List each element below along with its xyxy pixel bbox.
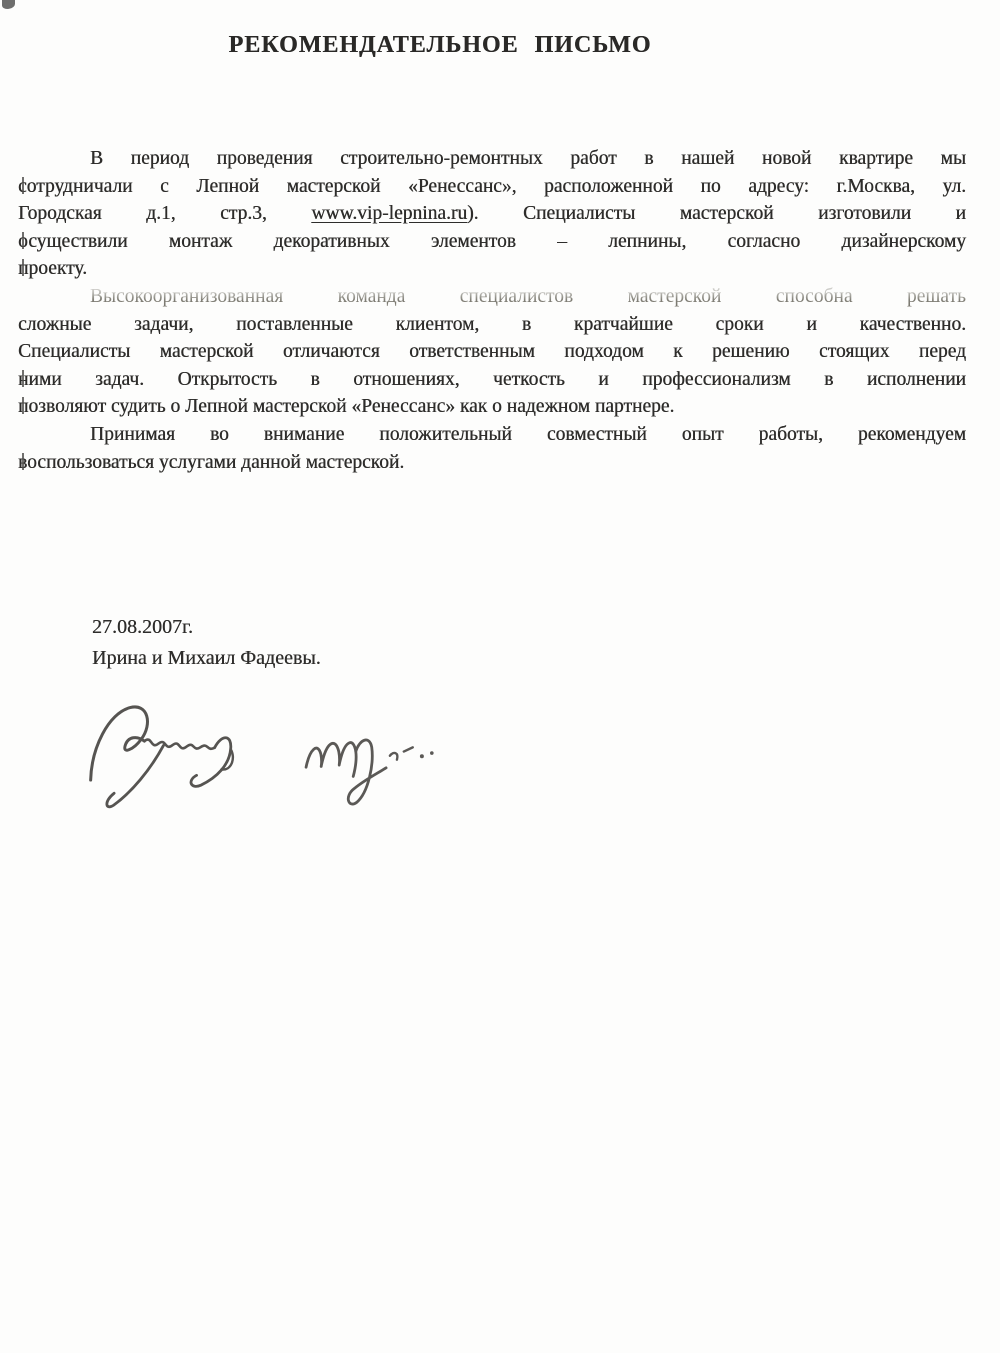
letter-body: В период проведения строительно-ремонтны…: [18, 145, 966, 476]
paragraph1-line4: осуществили монтаж декоративных элементо…: [18, 228, 966, 256]
paragraph2-line2: сложные задачи, поставленные клиентом, в…: [18, 311, 966, 339]
letter-date: 27.08.2007г.: [92, 612, 321, 643]
scan-artifact: [2, 0, 15, 9]
signature-block: 27.08.2007г. Ирина и Михаил Фадеевы.: [92, 612, 321, 674]
paragraph2-line4: ними задач. Открытость в отношениях, чет…: [18, 366, 966, 394]
paragraph2-line1-faded: Высокоорганизованная команда специалисто…: [18, 283, 966, 311]
paragraph2-line5: позволяют судить о Лепной мастерской «Ре…: [18, 393, 966, 421]
paragraph1-line2: сотрудничали с Лепной мастерской «Ренесс…: [18, 173, 966, 201]
paragraph1-line3: Городская д.1, стр.3, www.vip-lepnina.ru…: [18, 200, 966, 228]
handwritten-signature-1: [80, 692, 274, 829]
paragraph2-line3: Специалисты мастерской отличаются ответс…: [18, 338, 966, 366]
page-title: РЕКОМЕНДАТЕЛЬНОЕ ПИСЬМО: [0, 32, 880, 59]
paragraph3-line2: воспользоваться услугами данной мастерск…: [18, 449, 966, 477]
handwritten-signature-2: [297, 707, 459, 820]
signatory-names: Ирина и Михаил Фадеевы.: [92, 643, 321, 674]
scanned-letter-page: РЕКОМЕНДАТЕЛЬНОЕ ПИСЬМО В период проведе…: [0, 0, 1000, 1353]
paragraph1-line1: В период проведения строительно-ремонтны…: [18, 145, 966, 173]
paragraph1-line5: проекту.: [18, 255, 966, 283]
website-link: www.vip-lepnina.ru: [311, 203, 467, 224]
paragraph3-line1: Принимая во внимание положительный совме…: [18, 421, 966, 449]
